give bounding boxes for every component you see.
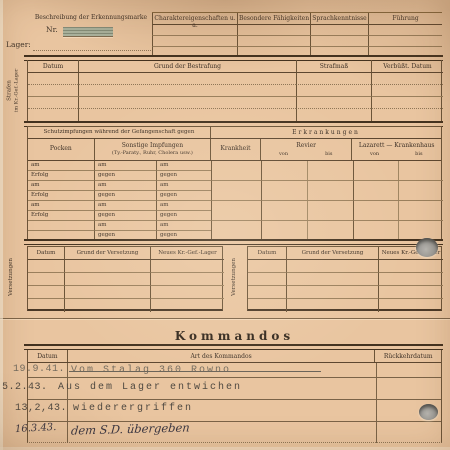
table-cell [368,36,442,47]
hole-punch [416,238,438,257]
versetzungen-side-label-left: Versetzungen [8,247,20,307]
pocken-header: Pocken [28,139,94,160]
am-cell: am [94,181,156,191]
revier-header: Revier vonbis [260,139,352,160]
erkennungsmarke-title: Beschreibung der Erkennungsmarke [28,14,154,21]
table-cell [28,73,78,85]
table-cell [371,97,443,109]
scan-edge [0,0,3,450]
table-cell [286,299,378,312]
strafen-side-label-line1: Strafen [7,56,14,126]
table-cell [28,299,64,312]
erkrankungen-rows [211,161,443,241]
strafen-header-grund: Grund der Bestrafung [78,60,296,73]
von-label: von [352,151,396,157]
table-cell [378,273,443,286]
table-cell [150,299,224,312]
kommando-entry-text: dem S.D. übergeben [70,420,190,437]
impfungen-header-band: Schutzimpfungen während der Gefangenscha… [28,127,441,139]
table-cell [28,273,64,286]
am-cell: am [28,181,94,191]
table-cell [28,260,64,273]
gegen-cell: gegen [94,191,156,201]
sonstige-impfungen-sublabel: (Ty.-Paraty., Ruhr, Cholera usw.) [95,150,210,157]
strafen-table: Datum Grund der Bestrafung Strafmaß Verb… [27,60,442,121]
card-edge-line [0,318,450,319]
kommandos-header-art: Art des Kommandos [67,350,375,362]
table-cell [78,73,296,85]
am-cell: am [94,201,156,211]
traits-table: Charaktereigenschaften u. a. Besondere F… [152,12,442,56]
traits-header-charakter: Charaktereigenschaften u. a. [152,13,237,25]
strafen-header-strafmass: Strafmaß [296,60,371,73]
strafen-header-verbuesst: Verbüßt. Datum [371,60,443,73]
erfolg-cell: Erfolg [28,171,94,181]
column-divider [376,363,377,443]
table-cell [28,286,64,299]
traits-header-fuehrung: Führung [368,13,442,25]
column-divider [67,363,68,443]
nr-value-block [63,27,113,37]
impfungen-erkrankungen-table: Schutzimpfungen während der Gefangenscha… [27,126,442,240]
von-label: von [261,151,306,157]
table-cell [378,260,443,273]
table-cell [28,109,78,121]
table-cell [78,97,296,109]
kommandos-title: Kommandos [27,329,442,343]
kommando-entry-date: 13,2,43. [15,403,67,414]
versetzungen-header-datum: Datum [248,247,286,260]
table-cell [211,201,261,221]
am-cell: am [156,201,211,211]
table-cell [248,260,286,273]
versetzungen-table-right: Datum Grund der Versetzung Neues Kr.-Gef… [247,246,442,311]
table-cell [211,221,261,241]
sonstige-impfungen-header: Sonstige Impfungen (Ty.-Paraty., Ruhr, C… [94,139,210,160]
kommandos-header-rueckkehrdatum: Rückkehrdatum [374,350,441,362]
double-rule [24,239,443,245]
table-cell [261,161,353,181]
am-cell: am [156,161,211,171]
table-cell [211,181,261,201]
kommando-entry-text: Aus dem Lager entwichen [58,382,242,393]
table-cell [64,260,150,273]
table-cell [78,85,296,97]
schutzimpfungen-header: Schutzimpfungen während der Gefangenscha… [28,127,211,138]
impfungen-rows: amamam Erfolggegengegen amamam Erfolggeg… [28,161,211,241]
kommando-entry-text: wiederergriffen [73,403,193,414]
impfungen-subheader-band: Pocken Sonstige Impfungen (Ty.-Paraty., … [28,139,441,161]
am-cell: am [28,201,94,211]
table-cell [28,85,78,97]
revier-label: Revier [261,142,352,149]
table-cell [310,36,368,47]
table-cell [353,181,443,201]
table-cell [152,25,237,36]
erfolg-cell: Erfolg [28,211,94,221]
row-rule [28,421,441,422]
table-cell [150,260,224,273]
table-cell [152,36,237,47]
versetzungen-header-grund: Grund der Versetzung [64,247,150,260]
table-cell [296,97,371,109]
erkrankungen-header: Erkrankungen [211,127,441,138]
gegen-cell: gegen [156,211,211,221]
table-cell [378,299,443,312]
hole-punch [419,404,438,420]
kommandos-header-row: Datum Art des Kommandos Rückkehrdatum [28,350,441,363]
strafen-header-datum: Datum [28,60,78,73]
table-cell [64,273,150,286]
versetzungen-table-left: Datum Grund der Versetzung Neues Kr.-Gef… [27,246,223,311]
table-cell [371,73,443,85]
strafen-side-label-line2: im Kr.-Gef.-Lager [13,56,19,126]
table-cell [261,221,353,241]
prisoner-record-card-scan: Beschreibung der Erkennungsmarke Nr. Lag… [0,0,450,450]
row-rule [28,377,441,378]
strikethrough-line [69,371,321,372]
table-cell [261,201,353,221]
table-cell [353,201,443,221]
table-cell [296,73,371,85]
lazarett-label: Lazarett — Krankenhaus [352,142,441,149]
lazarett-header: Lazarett — Krankenhaus vonbis [351,139,441,160]
bis-label: bis [306,151,351,157]
am-cell: am [156,181,211,191]
sonstige-impfungen-label: Sonstige Impfungen [95,142,210,150]
gegen-cell: gegen [156,191,211,201]
table-cell [371,109,443,121]
table-cell [237,25,310,36]
table-cell [296,85,371,97]
table-cell [371,85,443,97]
table-cell [248,299,286,312]
versetzungen-header-datum: Datum [28,247,64,260]
table-cell [286,286,378,299]
krankheit-header: Krankheit [210,139,260,160]
table-cell [211,161,261,181]
traits-header-faehigkeiten: Besondere Fähigkeiten [237,13,310,25]
gegen-cell: gegen [94,171,156,181]
kommando-entry-date: 5.2.43. [2,382,48,393]
gegen-cell: gegen [94,211,156,221]
table-cell [248,273,286,286]
table-cell [64,299,150,312]
kommando-entry-date: 19.9.41. [13,364,65,375]
table-cell [150,273,224,286]
table-cell [296,109,371,121]
am-cell: am [28,161,94,171]
traits-header-sprachkenntnisse: Sprachkenntnisse [310,13,368,25]
table-cell [261,181,353,201]
table-cell [78,109,296,121]
nr-label: Nr. [46,26,58,34]
versetzungen-header-neues-lager: Neues Kr.-Gef.-Lager [150,247,224,260]
table-cell [286,260,378,273]
erfolg-cell: Erfolg [28,191,94,201]
strafen-side-label: Strafen im Kr.-Gef.-Lager [7,56,24,126]
versetzungen-side-label-right: Versetzungen [231,247,243,307]
table-cell [286,273,378,286]
table-cell [378,286,443,299]
lager-label: Lager: [6,41,31,49]
empty-cell [28,221,94,231]
kommandos-header-datum: Datum [28,350,67,362]
table-cell [353,161,443,181]
am-cell: am [156,221,211,231]
table-cell [368,25,442,36]
kommandos-table: Datum Art des Kommandos Rückkehrdatum 19… [27,350,442,443]
table-cell [310,25,368,36]
table-cell [248,286,286,299]
table-cell [237,36,310,47]
table-cell [150,286,224,299]
lager-dotted-line [33,43,151,51]
bis-label: bis [397,151,441,157]
gegen-cell: gegen [156,171,211,181]
table-cell [64,286,150,299]
am-cell: am [94,221,156,231]
table-cell [28,97,78,109]
am-cell: am [94,161,156,171]
versetzungen-header-grund: Grund der Versetzung [286,247,378,260]
kommando-entry-date: 16.3.43. [15,422,57,435]
row-rule [28,399,441,400]
